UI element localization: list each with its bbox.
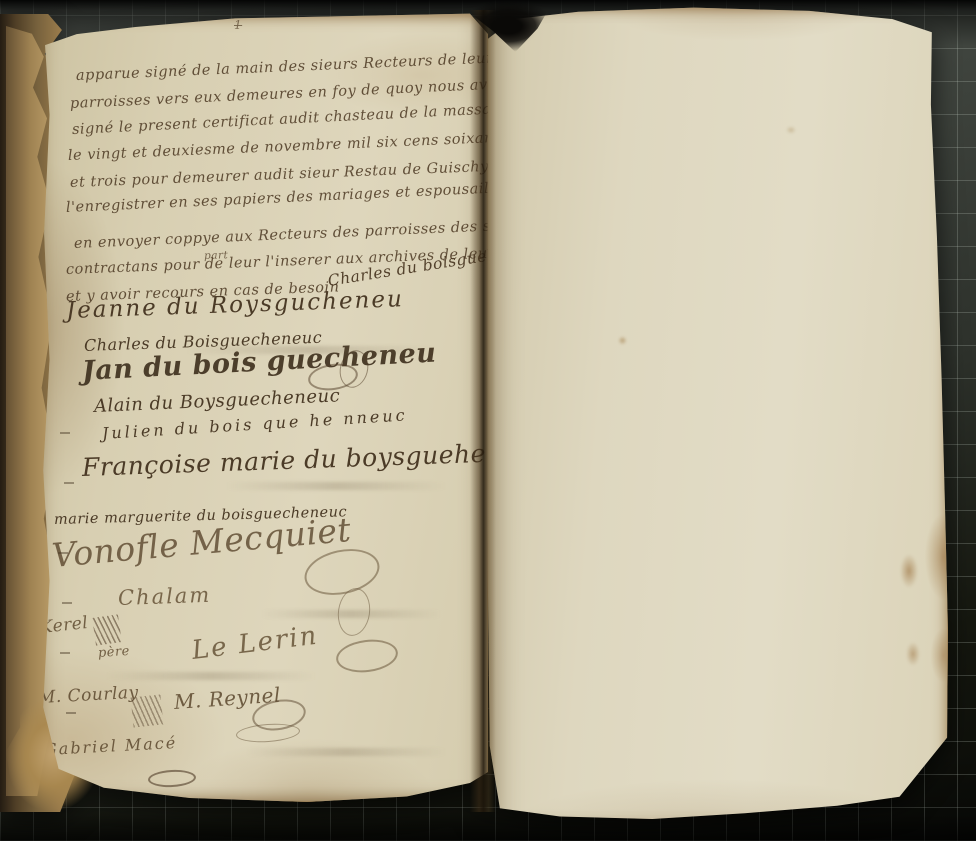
page-number-mark: 1: [234, 18, 242, 32]
paper-stain: [786, 126, 796, 134]
open-register-book: 1 apparue signé de la main des sieurs Re…: [0, 0, 976, 841]
ink-showthrough: [106, 672, 316, 680]
interline-correction: part: [204, 249, 229, 262]
signature-chalam: Chalam: [118, 583, 212, 610]
ink-showthrough: [186, 346, 436, 354]
right-page-blank: [486, 6, 948, 828]
signature-pere-note: père: [97, 644, 130, 661]
photo-scene: 1 apparue signé de la main des sieurs Re…: [0, 0, 976, 841]
left-page: 1 apparue signé de la main des sieurs Re…: [36, 12, 488, 802]
ink-showthrough: [226, 482, 446, 490]
binding-stitch-mark: [64, 482, 74, 484]
paper-stain: [618, 336, 627, 345]
ink-oval-flourish: [148, 769, 197, 788]
ink-showthrough: [246, 748, 446, 756]
book-gutter: [470, 10, 496, 812]
binding-stitch-mark: [60, 432, 70, 434]
edge-stain: [906, 642, 920, 666]
binding-stitch-mark: [66, 712, 76, 714]
signature-le-lerin: Le Lerin: [190, 621, 320, 666]
ink-flourish: [235, 722, 300, 744]
signature-gabriel-mace: Gabriel Macé: [44, 733, 178, 759]
binding-stitch-mark: [60, 652, 70, 654]
ink-crosshatch-flourish: [92, 614, 122, 645]
binding-stitch-mark: [62, 602, 72, 604]
ink-crosshatch-flourish: [131, 695, 164, 728]
ink-showthrough: [261, 610, 441, 618]
edge-stain: [900, 554, 918, 588]
signature-courlay: M. Courlay: [37, 683, 139, 708]
binding-stitch-mark: [58, 552, 68, 554]
ink-flourish: [334, 636, 399, 675]
